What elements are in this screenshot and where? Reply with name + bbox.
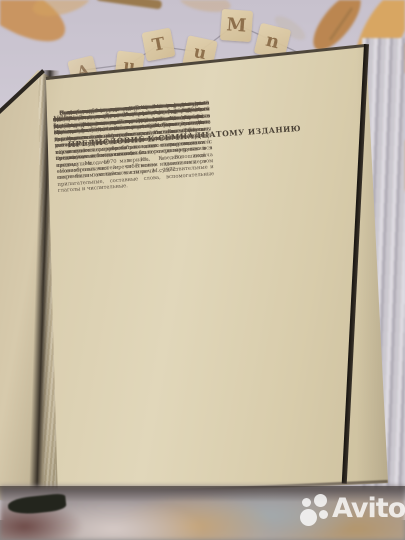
tile-letter: M — [226, 14, 247, 36]
right-text-column: современной художественной литературы ан… — [52, 101, 226, 456]
avito-logo-circle-large — [300, 509, 317, 526]
photo-scene: A u T u M n ПРЕДИСЛОВИЕ К СЕМНАДЦАТОМУ И… — [0, 0, 405, 540]
avito-logo-circle-medium — [314, 494, 327, 507]
tile-letter: n — [264, 30, 282, 54]
avito-logo-circle-small — [302, 498, 311, 507]
page-text-block: ПРЕДИСЛОВИЕ К СЕМНАДЦАТОМУ ИЗДАНИЮ Слова… — [52, 89, 399, 510]
tile-letter: T — [150, 33, 166, 55]
letter-tile-t: T — [141, 27, 175, 61]
avito-logo-circle-tiny — [319, 510, 328, 519]
letter-tile-m: M — [220, 9, 253, 42]
avito-watermark-text: Avito — [332, 493, 405, 524]
avito-watermark: Avito — [296, 486, 404, 536]
